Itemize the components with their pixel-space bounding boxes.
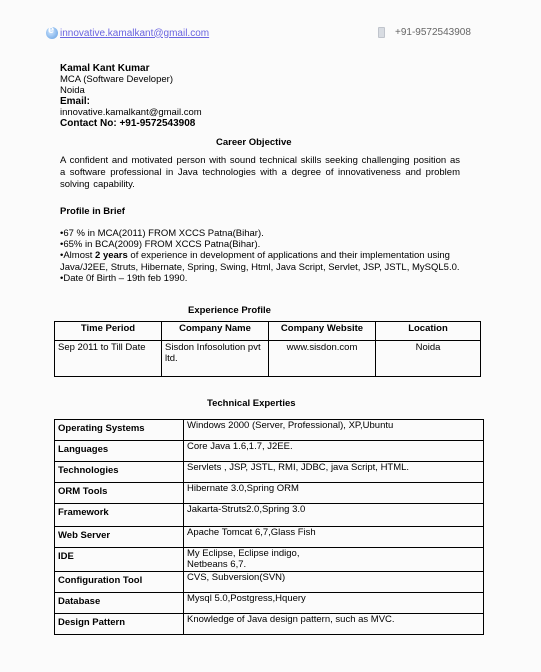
table-row: IDEMy Eclipse, Eclipse indigo,Netbeans 6…	[55, 548, 484, 572]
cell: Noida	[376, 341, 481, 377]
header-email: innovative.kamalkant@gmail.com	[46, 27, 209, 39]
skill-category: Configuration Tool	[55, 572, 184, 593]
profile-item-prefix: Almost	[63, 250, 95, 261]
skill-value: Apache Tomcat 6,7,Glass Fish	[184, 527, 484, 548]
skill-value: Core Java 1.6,1.7, J2EE.	[184, 441, 484, 462]
skill-value: Jakarta-Struts2.0,Spring 3.0	[184, 504, 484, 527]
table-row: FrameworkJakarta-Struts2.0,Spring 3.0	[55, 504, 484, 527]
degree: MCA (Software Developer)	[60, 74, 202, 85]
technical-title: Technical Experties	[207, 398, 296, 409]
header-phone: +91-9572543908	[378, 27, 471, 38]
table-row: TechnologiesServlets , JSP, JSTL, RMI, J…	[55, 462, 484, 483]
ide-line: My Eclipse, Eclipse indigo,	[187, 548, 480, 559]
skill-value: Windows 2000 (Server, Professional), XP,…	[184, 420, 484, 441]
email-link[interactable]: innovative.kamalkant@gmail.com	[60, 28, 209, 39]
col-header: Company Name	[162, 322, 269, 341]
skill-value: Mysql 5.0,Postgress,Hquery	[184, 593, 484, 614]
contact-block: Kamal Kant Kumar MCA (Software Developer…	[60, 63, 202, 129]
career-objective-text: A confident and motivated person with so…	[60, 155, 460, 191]
technical-table: Operating SystemsWindows 2000 (Server, P…	[54, 419, 484, 635]
cell: www.sisdon.com	[269, 341, 376, 377]
skill-value: CVS, Subversion(SVN)	[184, 572, 484, 593]
email-label: Email:	[60, 96, 202, 107]
skill-value: Hibernate 3.0,Spring ORM	[184, 483, 484, 504]
profile-list: 67 % in MCA(2011) FROM XCCS Patna(Bihar)…	[60, 228, 480, 284]
skill-category: Operating Systems	[55, 420, 184, 441]
profile-item: 67 % in MCA(2011) FROM XCCS Patna(Bihar)…	[60, 228, 480, 239]
skill-category: Web Server	[55, 527, 184, 548]
table-row: Operating SystemsWindows 2000 (Server, P…	[55, 420, 484, 441]
experience-table: Time Period Company Name Company Website…	[54, 321, 481, 377]
profile-item: Date 0f Birth – 19th feb 1990.	[60, 273, 480, 284]
skill-value: My Eclipse, Eclipse indigo,Netbeans 6,7.	[184, 548, 484, 572]
experience-years: 2 years	[95, 250, 128, 261]
table-row: ORM ToolsHibernate 3.0,Spring ORM	[55, 483, 484, 504]
email-text: innovative.kamalkant@gmail.com	[60, 107, 202, 118]
cell: Sep 2011 to Till Date	[55, 341, 162, 377]
skill-category: Database	[55, 593, 184, 614]
skill-category: ORM Tools	[55, 483, 184, 504]
table-row: Sep 2011 to Till Date Sisdon Infosolutio…	[55, 341, 481, 377]
city: Noida	[60, 85, 202, 96]
profile-item: 65% in BCA(2009) FROM XCCS Patna(Bihar).	[60, 239, 480, 250]
career-objective-title: Career Objective	[216, 137, 292, 148]
col-header: Time Period	[55, 322, 162, 341]
profile-title: Profile in Brief	[60, 206, 125, 217]
skill-category: Languages	[55, 441, 184, 462]
profile-item: Almost 2 years of experience in developm…	[60, 250, 480, 272]
table-row: Configuration ToolCVS, Subversion(SVN)	[55, 572, 484, 593]
skill-category: Framework	[55, 504, 184, 527]
ide-line: Netbeans 6,7.	[187, 559, 480, 570]
skill-value: Servlets , JSP, JSTL, RMI, JDBC, java Sc…	[184, 462, 484, 483]
table-row: Web ServerApache Tomcat 6,7,Glass Fish	[55, 527, 484, 548]
skill-category: IDE	[55, 548, 184, 572]
col-header: Location	[376, 322, 481, 341]
contact-number: Contact No: +91-9572543908	[60, 118, 202, 129]
table-row: LanguagesCore Java 1.6,1.7, J2EE.	[55, 441, 484, 462]
mobile-phone-icon	[378, 27, 385, 38]
cell: Sisdon Infosolution pvt ltd.	[162, 341, 269, 377]
experience-title: Experience Profile	[188, 305, 271, 316]
candidate-name: Kamal Kant Kumar	[60, 63, 202, 74]
ie-icon	[46, 27, 58, 39]
skill-category: Design Pattern	[55, 614, 184, 635]
phone-number: +91-9572543908	[395, 27, 471, 38]
skill-value: Knowledge of Java design pattern, such a…	[184, 614, 484, 635]
col-header: Company Website	[269, 322, 376, 341]
skill-category: Technologies	[55, 462, 184, 483]
table-row: Design PatternKnowledge of Java design p…	[55, 614, 484, 635]
table-row: DatabaseMysql 5.0,Postgress,Hquery	[55, 593, 484, 614]
